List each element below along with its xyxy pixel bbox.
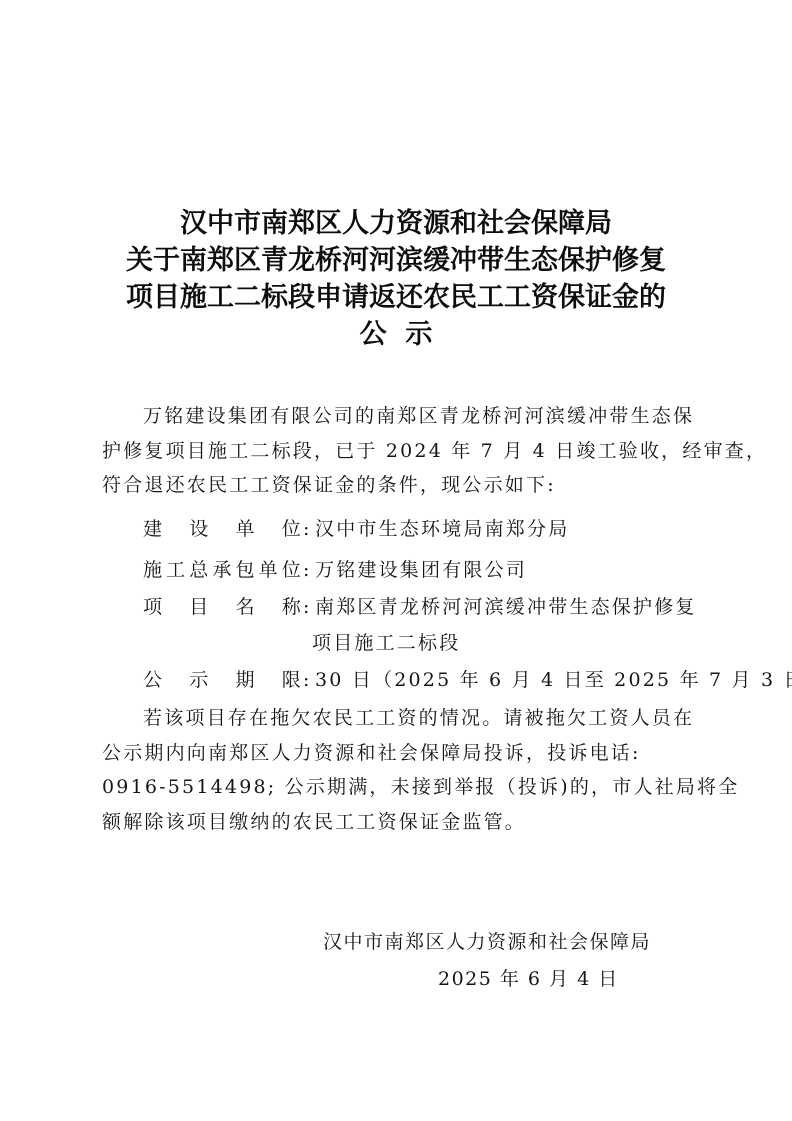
field-notice-period: 公 示 期 限 : 30 日（2025 年 6 月 4 日至 2025 年 7 …	[143, 663, 792, 698]
label-char: 单	[259, 553, 280, 588]
field-label: 公 示 期 限	[143, 663, 303, 698]
document-page: 汉中市南郑区人力资源和社会保障局 关于南郑区青龙桥河河滨缓冲带生态保护修复 项目…	[0, 0, 792, 1121]
label-char: 建	[143, 512, 164, 547]
field-project-name-continued: 项目施工二标段	[312, 626, 460, 661]
label-char: 工	[166, 553, 187, 588]
title-line-1: 汉中市南郑区人力资源和社会保障局	[0, 205, 792, 242]
field-construction-unit: 建 设 单 位 : 汉中市生态环境局南郑分局	[143, 512, 569, 547]
complaint-line-2: 公示期内向南郑区人力资源和社会保障局投诉，投诉电话:	[102, 736, 702, 771]
label-char: 目	[189, 590, 210, 625]
label-char: 设	[189, 512, 210, 547]
complaint-line-3: 0916-5514498; 公示期满，未接到举报（投诉)的，市人社局将全	[102, 770, 702, 805]
label-char: 总	[189, 553, 210, 588]
label-char: 名	[236, 590, 257, 625]
label-char: 施	[143, 553, 164, 588]
label-char: 示	[189, 663, 210, 698]
field-colon: :	[303, 553, 315, 588]
label-char: 期	[236, 663, 257, 698]
title-line-3: 项目施工二标段申请返还农民工工资保证金的	[0, 279, 792, 316]
field-colon: :	[303, 663, 315, 698]
field-general-contractor: 施 工 总 承 包 单 位 : 万铭建设集团有限公司	[143, 553, 527, 588]
label-char: 位	[282, 553, 303, 588]
label-char: 公	[143, 663, 164, 698]
label-char: 称	[282, 590, 303, 625]
field-project-name: 项 目 名 称 : 南郑区青龙桥河河滨缓冲带生态保护修复	[143, 590, 697, 625]
label-char: 位	[282, 512, 303, 547]
field-value: 30 日（2025 年 6 月 4 日至 2025 年 7 月 3 日）	[315, 663, 792, 698]
field-colon: :	[303, 590, 315, 625]
signature-organization: 汉中市南郑区人力资源和社会保障局	[323, 925, 651, 959]
label-char: 承	[212, 553, 233, 588]
field-value: 南郑区青龙桥河河滨缓冲带生态保护修复	[315, 590, 697, 625]
field-label: 建 设 单 位	[143, 512, 303, 547]
complaint-paragraph: 若该项目存在拖欠农民工工资的情况。请被拖欠工资人员在 公示期内向南郑区人力资源和…	[102, 701, 702, 839]
intro-line-3: 符合退还农民工工资保证金的条件，现公示如下:	[102, 468, 702, 503]
field-label: 项 目 名 称	[143, 590, 303, 625]
field-value: 汉中市生态环境局南郑分局	[315, 512, 569, 547]
intro-paragraph: 万铭建设集团有限公司的南郑区青龙桥河河滨缓冲带生态保 护修复项目施工二标段，已于…	[102, 399, 702, 503]
document-title: 汉中市南郑区人力资源和社会保障局 关于南郑区青龙桥河河滨缓冲带生态保护修复 项目…	[0, 205, 792, 353]
intro-line-2: 护修复项目施工二标段，已于 2024 年 7 月 4 日竣工验收，经审查，	[102, 434, 702, 469]
label-char: 限	[282, 663, 303, 698]
field-colon: :	[303, 512, 315, 547]
complaint-line-4: 额解除该项目缴纳的农民工工资保证金监管。	[102, 805, 702, 840]
signature-date: 2025 年 6 月 4 日	[438, 962, 619, 996]
title-line-4: 公 示	[0, 316, 792, 353]
field-value: 万铭建设集团有限公司	[315, 553, 527, 588]
label-char: 包	[236, 553, 257, 588]
intro-line-1: 万铭建设集团有限公司的南郑区青龙桥河河滨缓冲带生态保	[102, 399, 702, 434]
label-char: 项	[143, 590, 164, 625]
field-value-continued: 项目施工二标段	[312, 626, 460, 661]
title-line-2: 关于南郑区青龙桥河河滨缓冲带生态保护修复	[0, 242, 792, 279]
field-label: 施 工 总 承 包 单 位	[143, 553, 303, 588]
complaint-line-1: 若该项目存在拖欠农民工工资的情况。请被拖欠工资人员在	[102, 701, 702, 736]
label-char: 单	[236, 512, 257, 547]
